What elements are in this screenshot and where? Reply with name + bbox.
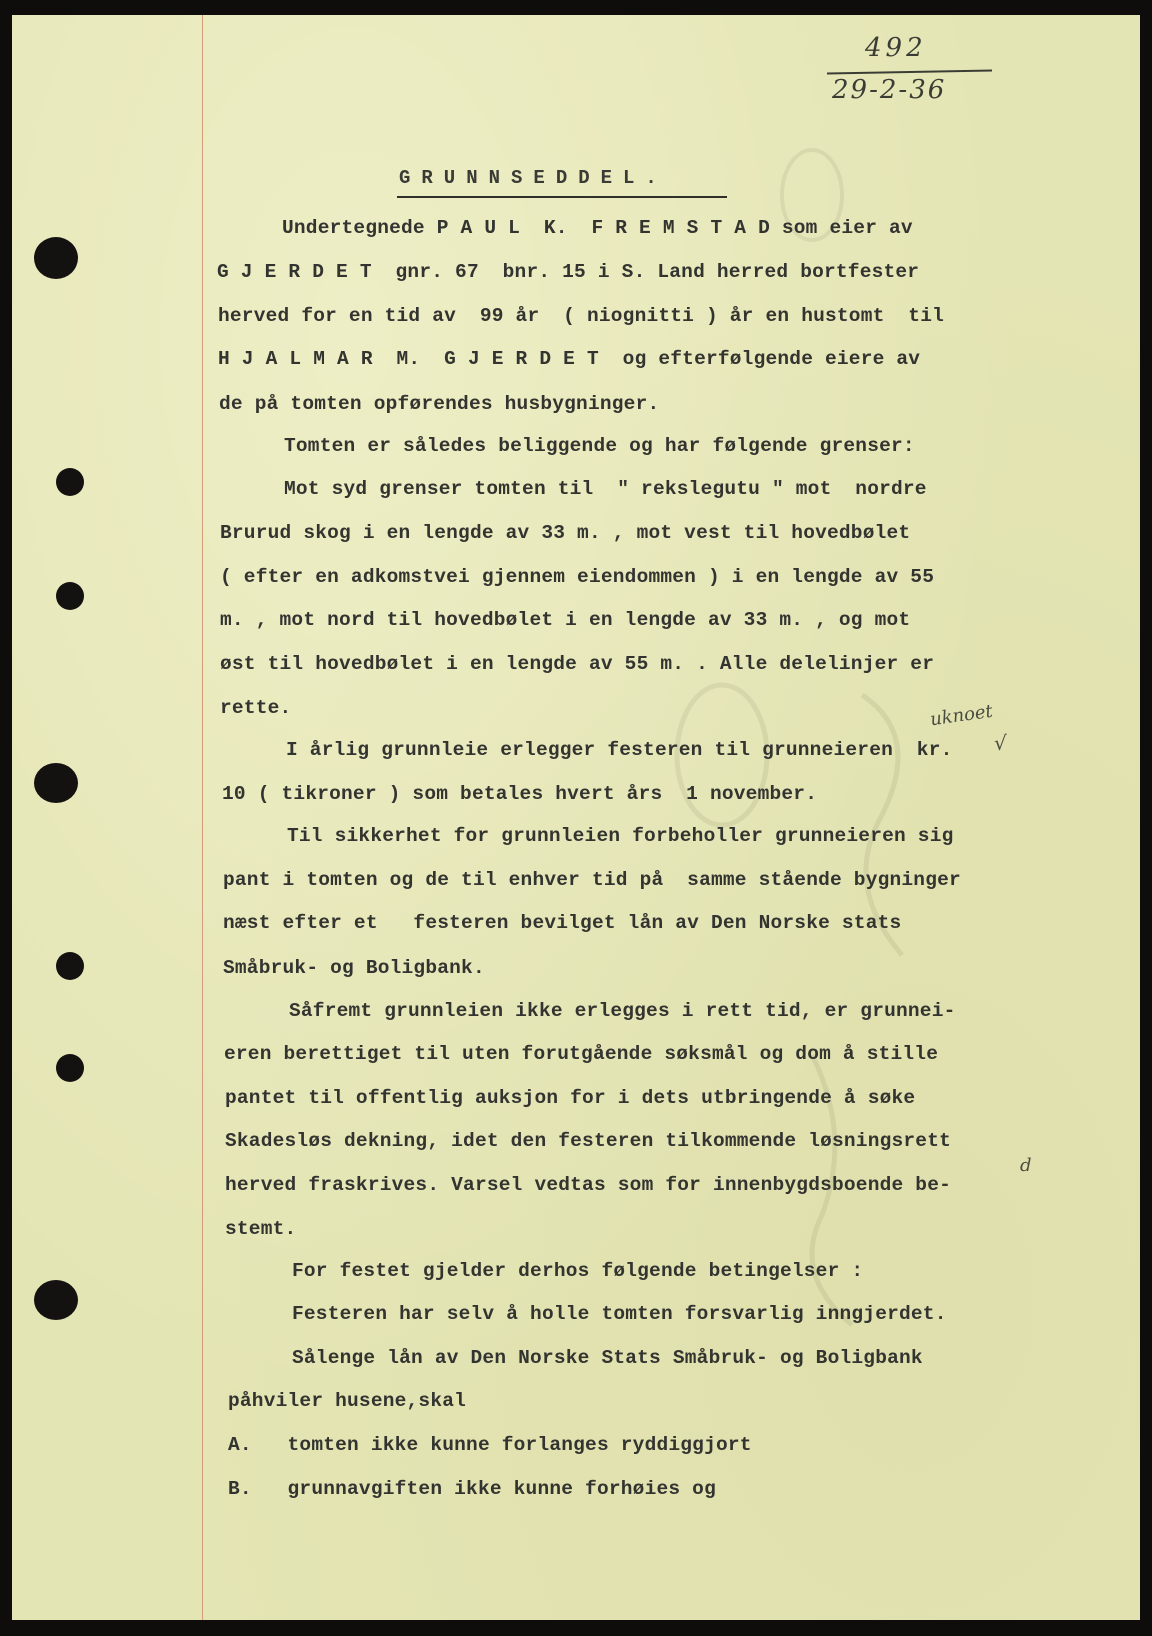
punch-hole — [34, 237, 78, 279]
text-line: Småbruk- og Boligbank. — [223, 957, 485, 979]
handwritten-correction: d — [1020, 1155, 1032, 1176]
text-line: stemt. — [225, 1218, 296, 1240]
punch-hole — [34, 763, 78, 803]
punch-hole — [56, 582, 84, 610]
text-line: øst til hovedbølet i en lengde av 55 m. … — [220, 653, 934, 675]
text-line: A. tomten ikke kunne forlanges ryddiggjo… — [228, 1434, 752, 1456]
text-line: næst efter et festeren bevilget lån av D… — [223, 912, 901, 934]
text-line: Undertegnede P A U L K. F R E M S T A D … — [282, 217, 913, 239]
text-line: ( efter en adkomstvei gjennem eiendommen… — [220, 566, 934, 588]
text-line: H J A L M A R M. G J E R D E T og efterf… — [218, 348, 920, 370]
text-line: B. grunnavgiften ikke kunne forhøies og — [228, 1478, 716, 1500]
text-line: 10 ( tikroner ) som betales hvert års 1 … — [222, 783, 817, 805]
punch-hole — [56, 1054, 84, 1082]
text-line: I årlig grunnleie erlegger festeren til … — [286, 739, 953, 761]
folio-date: 29-2-36 — [832, 75, 946, 105]
text-line: m. , mot nord til hovedbølet i en lengde… — [220, 609, 910, 631]
text-line: rette. — [220, 697, 291, 719]
text-line: Til sikkerhet for grunnleien forbeholler… — [287, 825, 954, 847]
punch-hole — [56, 952, 84, 980]
text-line: pantet til offentlig auksjon for i dets … — [225, 1087, 915, 1109]
folio-rule — [827, 70, 992, 75]
text-line: pant i tomten og de til enhver tid på sa… — [223, 869, 961, 891]
text-line: G J E R D E T gnr. 67 bnr. 15 i S. Land … — [217, 261, 919, 283]
insertion-caret-mark: √ — [994, 731, 1007, 755]
title-underline — [397, 196, 727, 198]
margin-rule — [202, 15, 203, 1620]
text-line: de på tomten opførendes husbygninger. — [219, 393, 659, 415]
text-line: Mot syd grenser tomten til " rekslegutu … — [284, 478, 927, 500]
text-line: herved fraskrives. Varsel vedtas som for… — [225, 1174, 951, 1196]
text-line: herved for en tid av 99 år ( niognitti )… — [218, 305, 944, 327]
text-line: Sålenge lån av Den Norske Stats Småbruk-… — [292, 1347, 923, 1369]
document-title: GRUNNSEDDEL. — [399, 167, 668, 189]
handwritten-insertion: uknoet — [929, 701, 994, 731]
document-page: 492 29-2-36 GRUNNSEDDEL. Undertegnede P … — [12, 15, 1140, 1620]
punch-hole — [34, 1280, 78, 1320]
folio-number: 492 — [865, 33, 927, 63]
text-line: Såfremt grunnleien ikke erlegges i rett … — [289, 1000, 956, 1022]
text-line: Festeren har selv å holle tomten forsvar… — [292, 1303, 947, 1325]
punch-hole — [56, 468, 84, 496]
text-line: Brurud skog i en lengde av 33 m. , mot v… — [220, 522, 910, 544]
text-line: For festet gjelder derhos følgende betin… — [292, 1260, 863, 1282]
text-line: påhviler husene,skal — [228, 1390, 466, 1412]
text-line: Skadesløs dekning, idet den festeren til… — [225, 1130, 951, 1152]
text-line: eren berettiget til uten forutgående søk… — [224, 1043, 938, 1065]
text-line: Tomten er således beliggende og har følg… — [284, 435, 915, 457]
